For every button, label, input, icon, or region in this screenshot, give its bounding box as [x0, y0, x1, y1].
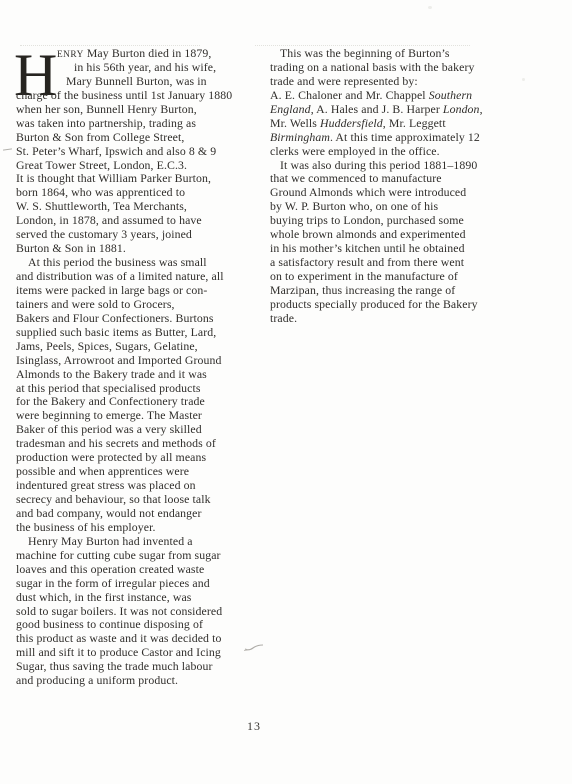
text-segment: Great Tower Street, London, E.C.3. — [16, 158, 187, 172]
text-line: Almonds to the Bakery trade and it was — [16, 368, 268, 382]
text-segment: Mr. Wells — [270, 116, 320, 130]
text-segment: mill and sift it to produce Castor and I… — [16, 645, 221, 659]
text-line: tainers and were sold to Grocers, — [16, 298, 268, 312]
text-segment: St. Peter’s Wharf, Ipswich and also 8 & … — [16, 144, 216, 158]
text-segment: May Burton died in 1879, — [84, 46, 212, 60]
text-segment: buying trips to London, purchased some — [270, 213, 464, 227]
text-line: W. S. Shuttleworth, Tea Merchants, — [16, 200, 268, 214]
text-segment: clerks were employed in the office. — [270, 144, 440, 158]
text-line: trade. — [270, 312, 500, 326]
text-segment: born 1864, who was apprenticed to — [16, 185, 185, 199]
text-line: Bakers and Flour Confectioners. Burtons — [16, 312, 268, 326]
text-line: It was also during this period 1881–1890 — [270, 159, 500, 173]
text-line: on to experiment in the manufacture of — [270, 270, 500, 284]
text-line: secrecy and behaviour, so that loose tal… — [16, 493, 268, 507]
text-line: for the Bakery and Confectionery trade — [16, 395, 268, 409]
text-line: and distribution was of a limited nature… — [16, 270, 268, 284]
text-segment: Bakers and Flour Confectioners. Burtons — [16, 311, 214, 325]
text-line: buying trips to London, purchased some — [270, 214, 500, 228]
text-segment: possible and when apprentices were — [16, 464, 189, 478]
text-line: At this period the business was small — [16, 256, 268, 270]
text-line: whole brown almonds and experimented — [270, 228, 500, 242]
paragraph: ENRY May Burton died in 1879,in his 56th… — [16, 47, 268, 256]
text-segment: At this period the business was small — [28, 255, 207, 269]
text-line: indentured great stress was placed on — [16, 479, 268, 493]
text-line: Henry May Burton had invented a — [16, 535, 268, 549]
text-line: in his mother’s kitchen until he obtaine… — [270, 242, 500, 256]
text-line: mill and sift it to produce Castor and I… — [16, 646, 268, 660]
text-line: Mary Bunnell Burton, was in — [16, 75, 268, 89]
text-line: Isinglass, Arrowroot and Imported Ground — [16, 354, 268, 368]
text-segment: Sugar, thus saving the trade much labour — [16, 659, 213, 673]
text-line: A. E. Chaloner and Mr. Chappel Southern — [270, 89, 500, 103]
text-line: supplied such basic items as Butter, Lar… — [16, 326, 268, 340]
text-segment: whole brown almonds and experimented — [270, 227, 466, 241]
text-line: ENRY May Burton died in 1879, — [16, 47, 268, 61]
text-line: a satisfactory result and from there wen… — [270, 256, 500, 270]
scan-speck — [522, 78, 525, 81]
paragraph: It was also during this period 1881–1890… — [270, 159, 500, 326]
text-line: This was the beginning of Burton’s — [270, 47, 500, 61]
text-line: served the customary 3 years, joined — [16, 228, 268, 242]
text-segment: Burton & Son in 1881. — [16, 241, 126, 255]
text-line: was taken into partnership, trading as — [16, 117, 268, 131]
text-line: Burton & Son in 1881. — [16, 242, 268, 256]
text-segment: in his mother’s kitchen until he obtaine… — [270, 241, 465, 255]
text-line: St. Peter’s Wharf, Ipswich and also 8 & … — [16, 145, 268, 159]
text-line: were beginning to emerge. The Master — [16, 409, 268, 423]
text-segment: This was the beginning of Burton’s — [280, 46, 450, 60]
text-segment: Burton & Son from College Street, — [16, 130, 184, 144]
paragraph: This was the beginning of Burton’stradin… — [270, 47, 500, 159]
text-segment: It is thought that William Parker Burton… — [16, 171, 211, 185]
text-line: products specially produced for the Bake… — [270, 298, 500, 312]
text-segment: served the customary 3 years, joined — [16, 227, 192, 241]
text-line: Birmingham. At this time approximately 1… — [270, 131, 500, 145]
text-line: It is thought that William Parker Burton… — [16, 172, 268, 186]
text-line: trading on a national basis with the bak… — [270, 61, 500, 75]
text-line: that we commenced to manufacture — [270, 172, 500, 186]
text-line: sugar in the form of irregular pieces an… — [16, 577, 268, 591]
text-segment: Isinglass, Arrowroot and Imported Ground — [16, 353, 222, 367]
text-segment: It was also during this period 1881–1890 — [280, 158, 477, 172]
text-segment: machine for cutting cube sugar from suga… — [16, 548, 221, 562]
text-segment: products specially produced for the Bake… — [270, 297, 478, 311]
text-line: charge of the business until 1st January… — [16, 89, 268, 103]
text-line: the business of his employer. — [16, 521, 268, 535]
text-segment: a satisfactory result and from there wen… — [270, 255, 464, 269]
text-segment: on to experiment in the manufacture of — [270, 269, 458, 283]
text-segment: , Mr. Leggett — [383, 116, 446, 130]
text-segment: by W. P. Burton who, on one of his — [270, 199, 438, 213]
italic-text: London — [443, 102, 480, 116]
text-segment: the business of his employer. — [16, 520, 156, 534]
paragraph: Henry May Burton had invented amachine f… — [16, 535, 268, 688]
italic-text: Huddersfield — [320, 116, 383, 130]
text-line: Baker of this period was a very skilled — [16, 423, 268, 437]
text-line: born 1864, who was apprenticed to — [16, 186, 268, 200]
text-line: England, A. Hales and J. B. Harper Londo… — [270, 103, 500, 117]
text-segment: when her son, Bunnell Henry Burton, — [16, 102, 197, 116]
text-line: possible and when apprentices were — [16, 465, 268, 479]
text-line: tradesman and his secrets and methods of — [16, 437, 268, 451]
text-segment: and distribution was of a limited nature… — [16, 269, 224, 283]
text-line: Mr. Wells Huddersfield, Mr. Leggett — [270, 117, 500, 131]
text-line: in his 56th year, and his wife, — [16, 61, 268, 75]
text-line: production were protected by all means — [16, 451, 268, 465]
text-line: and bad company, would not endanger — [16, 507, 268, 521]
text-line: London, in 1878, and assumed to have — [16, 214, 268, 228]
text-segment: good business to continue disposing of — [16, 617, 203, 631]
text-line: and producing a uniform product. — [16, 674, 268, 688]
text-line: good business to continue disposing of — [16, 618, 268, 632]
text-segment: items were packed in large bags or con- — [16, 283, 207, 297]
text-line: dust which, in the first instance, was — [16, 591, 268, 605]
text-line: Burton & Son from College Street, — [16, 131, 268, 145]
text-segment: Jams, Peels, Spices, Sugars, Gelatine, — [16, 339, 198, 353]
text-segment: Marzipan, thus increasing the range of — [270, 283, 455, 297]
text-segment: Mary Bunnell Burton, was in — [66, 74, 207, 88]
text-segment: for the Bakery and Confectionery trade — [16, 394, 205, 408]
text-line: at this period that specialised products — [16, 382, 268, 396]
text-segment: in his 56th year, and his wife, — [74, 60, 216, 74]
text-segment: dust which, in the first instance, was — [16, 590, 191, 604]
text-segment: was taken into partnership, trading as — [16, 116, 196, 130]
page-number: 13 — [214, 719, 294, 734]
text-segment: secrecy and behaviour, so that loose tal… — [16, 492, 211, 506]
right-column: This was the beginning of Burton’stradin… — [270, 47, 500, 326]
pencil-mark-right-margin — [243, 641, 267, 653]
text-line: this product as waste and it was decided… — [16, 632, 268, 646]
text-segment: tainers and were sold to Grocers, — [16, 297, 175, 311]
pencil-mark-left-margin — [3, 148, 12, 150]
paragraph: At this period the business was smalland… — [16, 256, 268, 535]
text-line: when her son, Bunnell Henry Burton, — [16, 103, 268, 117]
text-segment: indentured great stress was placed on — [16, 478, 196, 492]
italic-text: Southern — [429, 88, 472, 102]
text-line: Sugar, thus saving the trade much labour — [16, 660, 268, 674]
text-segment: . At this time approximately 12 — [330, 130, 480, 144]
text-segment: this product as waste and it was decided… — [16, 631, 221, 645]
italic-text: England — [270, 102, 311, 116]
text-segment: Baker of this period was a very skilled — [16, 422, 202, 436]
text-segment: and bad company, would not endanger — [16, 506, 202, 520]
text-segment: trade. — [270, 311, 297, 325]
text-segment: A. E. Chaloner and Mr. Chappel — [270, 88, 429, 102]
text-segment: Ground Almonds which were introduced — [270, 185, 466, 199]
scan-speck — [428, 6, 432, 9]
text-segment: supplied such basic items as Butter, Lar… — [16, 325, 216, 339]
text-segment: London, in 1878, and assumed to have — [16, 213, 202, 227]
text-segment: W. S. Shuttleworth, Tea Merchants, — [16, 199, 187, 213]
text-line: Jams, Peels, Spices, Sugars, Gelatine, — [16, 340, 268, 354]
text-segment: and producing a uniform product. — [16, 673, 178, 687]
text-segment: sold to sugar boilers. It was not consid… — [16, 604, 222, 618]
text-segment: production were protected by all means — [16, 450, 206, 464]
text-line: Ground Almonds which were introduced — [270, 186, 500, 200]
text-segment: trade and were represented by: — [270, 74, 418, 88]
text-segment: , — [480, 102, 483, 116]
book-page: H ENRY May Burton died in 1879,in his 56… — [0, 0, 572, 784]
italic-text: Birmingham — [270, 130, 330, 144]
text-segment: sugar in the form of irregular pieces an… — [16, 576, 210, 590]
text-line: Marzipan, thus increasing the range of — [270, 284, 500, 298]
text-line: machine for cutting cube sugar from suga… — [16, 549, 268, 563]
text-line: Great Tower Street, London, E.C.3. — [16, 159, 268, 173]
text-segment: at this period that specialised products — [16, 381, 201, 395]
text-segment: were beginning to emerge. The Master — [16, 408, 202, 422]
text-segment: Almonds to the Bakery trade and it was — [16, 367, 207, 381]
text-segment: that we commenced to manufacture — [270, 171, 442, 185]
text-line: loaves and this operation created waste — [16, 563, 268, 577]
text-segment: Henry May Burton had invented a — [28, 534, 193, 548]
text-segment: loaves and this operation created waste — [16, 562, 204, 576]
text-line: sold to sugar boilers. It was not consid… — [16, 605, 268, 619]
text-line: items were packed in large bags or con- — [16, 284, 268, 298]
text-segment: charge of the business until 1st January… — [16, 88, 232, 102]
text-line: by W. P. Burton who, on one of his — [270, 200, 500, 214]
text-line: trade and were represented by: — [270, 75, 500, 89]
left-column: ENRY May Burton died in 1879,in his 56th… — [16, 47, 268, 688]
text-segment: trading on a national basis with the bak… — [270, 60, 474, 74]
text-line: clerks were employed in the office. — [270, 145, 500, 159]
small-caps-text: ENRY — [57, 50, 84, 60]
text-segment: tradesman and his secrets and methods of — [16, 436, 216, 450]
text-segment: , A. Hales and J. B. Harper — [311, 102, 443, 116]
